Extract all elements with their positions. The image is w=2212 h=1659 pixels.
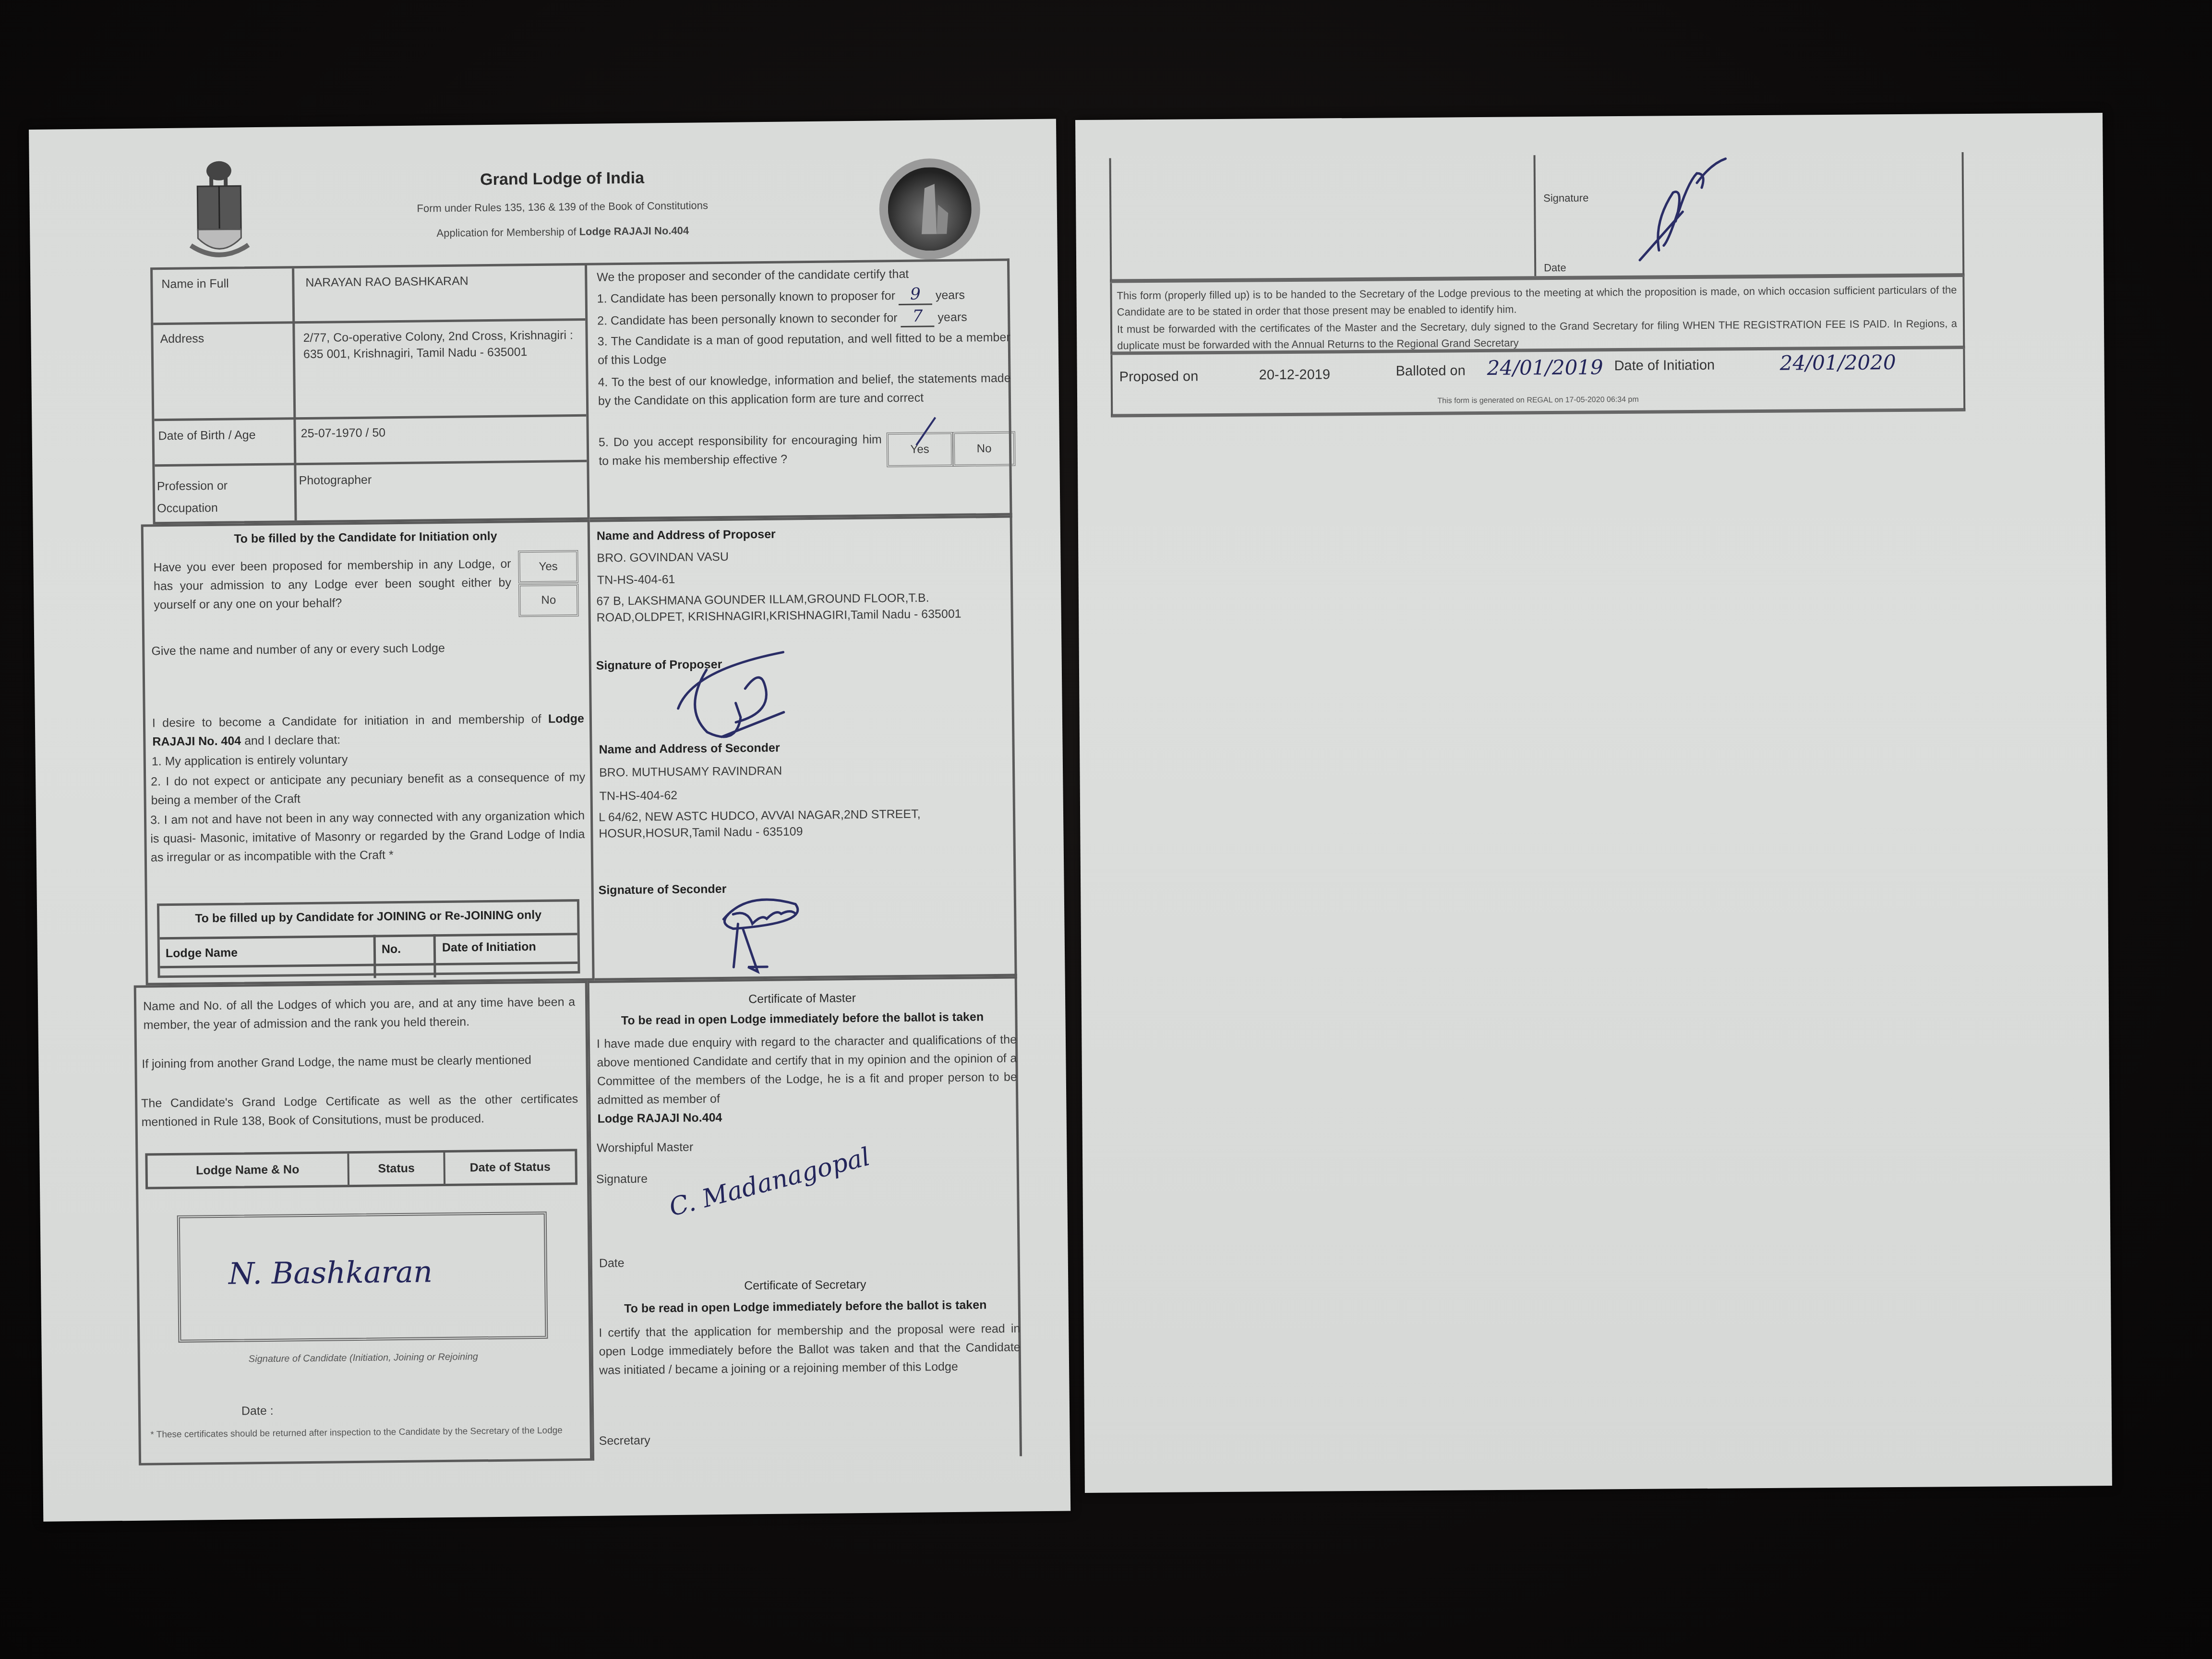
date-of-initiation-label: Date of Initiation: [1614, 358, 1715, 374]
proposer-name: BRO. GOVINDAN VASU: [597, 548, 729, 568]
candidate-signature-box[interactable]: N. Bashkaran: [177, 1212, 548, 1343]
seal-tower-icon: [888, 167, 972, 251]
certify-intro: We the proposer and seconder of the cand…: [597, 264, 1000, 287]
application-form-page-2: Signature Date This form (properly fille…: [1075, 113, 2112, 1493]
declaration-item-3: 3. I am not and have not been in any way…: [150, 806, 585, 867]
dob-label: Date of Birth / Age: [158, 428, 256, 443]
give-lodge-name-prompt: Give the name and number of any or every…: [151, 637, 574, 661]
declaration-suffix: and I declare that:: [241, 733, 340, 747]
occupation-label: Profession or Occupation: [157, 474, 277, 520]
worshipful-master-label: Worshipful Master: [597, 1138, 693, 1158]
prior-proposal-yes-checkbox[interactable]: Yes: [518, 550, 578, 583]
certify-item-2: 2. Candidate has been personally known t…: [597, 306, 1010, 331]
certify-item-1: 1. Candidate has been personally known t…: [597, 284, 1010, 309]
proposer-certification-block: We the proposer and seconder of the cand…: [587, 259, 1012, 520]
master-cert-title: Certificate of Master: [589, 987, 1015, 1010]
master-cert-body: I have made due enquiry with regard to t…: [597, 1031, 1018, 1110]
dob-value: 25-07-1970 / 50: [301, 426, 386, 441]
lodges-history-instructions: Name and No. of all the Lodges of which …: [143, 993, 576, 1034]
responsibility-no-checkbox[interactable]: No: [953, 432, 1016, 467]
top-signature-box: Signature Date: [1109, 152, 1965, 283]
instructions-handing: This form (properly filled up) is to be …: [1117, 282, 1957, 320]
right-date-label: Date: [1544, 258, 1566, 277]
joining-col-no: No.: [382, 940, 401, 959]
secretary-signature[interactable]: [1630, 154, 1746, 270]
seconder-signature-label: Signature of Seconder: [598, 880, 726, 900]
col-date-of-status: Date of Status: [445, 1151, 575, 1184]
col-lodge-name-no: Lodge Name & No: [147, 1154, 349, 1187]
master-cert-lodge: Lodge RAJAJI No.404: [597, 1108, 722, 1129]
application-form-page-1: Grand Lodge of India Form under Rules 13…: [29, 119, 1070, 1522]
secretary-cert-body: I certify that the application for membe…: [599, 1320, 1021, 1380]
right-signature-label: Signature: [1543, 189, 1588, 208]
regional-grand-lodge-seal-icon: [879, 158, 981, 260]
form-rules-subtitle: Form under Rules 135, 136 & 139 of the B…: [299, 198, 827, 216]
lodges-history-block: Name and No. of all the Lodges of which …: [134, 981, 592, 1466]
seconder-address: L 64/62, NEW ASTC HUDCO, AVVAI NAGAR,2ND…: [599, 805, 993, 842]
joining-table: To be filled up by Candidate for JOINING…: [157, 899, 580, 978]
secretary-label: Secretary: [599, 1431, 650, 1451]
certify-item-1-text: 1. Candidate has been personally known t…: [597, 289, 895, 306]
application-prefix: Application for Membership of: [436, 226, 579, 239]
years-label: years: [938, 311, 967, 325]
col-status: Status: [349, 1153, 445, 1185]
declaration-intro-text: I desire to become a Candidate for initi…: [152, 712, 541, 730]
name-label: Name in Full: [161, 277, 229, 291]
secretary-cert-subtitle: To be read in open Lodge immediately bef…: [593, 1296, 1018, 1319]
seconder-years-field[interactable]: 7: [901, 307, 934, 327]
proposer-signature[interactable]: [663, 649, 808, 747]
certify-item-3: 3. The Candidate is a man of good reputa…: [597, 328, 1010, 370]
candidate-signature-caption: Signature of Candidate (Initiation, Join…: [179, 1351, 548, 1366]
master-signature[interactable]: C. Madanagopal: [666, 1142, 873, 1222]
ballot-dates-box: Proposed on 20-12-2019 Balloted on 24/01…: [1110, 349, 1965, 417]
declaration-item-2: 2. I do not expect or anticipate any pec…: [151, 768, 586, 810]
generated-note: This form is generated on REGAL on 17-05…: [1113, 393, 1963, 408]
proposer-seconder-block: Name and Address of Proposer BRO. GOVIND…: [590, 516, 1017, 981]
certify-item-2-text: 2. Candidate has been personally known t…: [597, 311, 898, 328]
proposed-on-label: Proposed on: [1119, 369, 1199, 385]
proposed-on-value: 20-12-2019: [1259, 367, 1331, 383]
form-title: Grand Lodge of India: [298, 167, 826, 192]
certificates-required-note: The Candidate's Grand Lodge Certificate …: [141, 1090, 578, 1132]
secretary-cert-title: Certificate of Secretary: [592, 1274, 1018, 1297]
grand-lodge-crest-icon: [188, 156, 251, 262]
proposer-years-field[interactable]: 9: [899, 285, 932, 305]
initiation-question: Have you ever been proposed for membersh…: [153, 555, 511, 615]
instructions-forwarding: It must be forwarded with the certificat…: [1117, 315, 1957, 354]
name-value: NARAYAN RAO BASHKARAN: [305, 274, 469, 290]
initiation-heading: To be filled by the Candidate for Initia…: [144, 526, 588, 550]
other-grand-lodge-note: If joining from another Grand Lodge, the…: [142, 1050, 576, 1073]
candidate-date-label: Date :: [241, 1402, 274, 1421]
certificates-return-footnote: * These certificates should be returned …: [150, 1422, 563, 1443]
master-date-label: Date: [599, 1254, 625, 1273]
proposer-id: TN-HS-404-61: [597, 570, 675, 590]
declaration-item-1: 1. My application is entirely voluntary: [152, 748, 584, 771]
prior-proposal-no-checkbox[interactable]: No: [518, 584, 579, 617]
seconder-id: TN-HS-404-62: [599, 786, 677, 806]
form-application-line: Application for Membership of Lodge RAJA…: [299, 223, 827, 241]
seconder-name: BRO. MUTHUSAMY RAVINDRAN: [599, 762, 782, 782]
address-label: Address: [160, 332, 204, 346]
joining-col-lodge-name: Lodge Name: [166, 944, 238, 963]
date-of-initiation-value[interactable]: 24/01/2020: [1779, 350, 1896, 375]
candidate-signature: N. Bashkaran: [228, 1254, 433, 1291]
proposer-address: 67 B, LAKSHMANA GOUNDER ILLAM,GROUND FLO…: [596, 589, 990, 626]
lodges-status-table: Lodge Name & No Status Date of Status: [145, 1149, 577, 1189]
application-lodge: Lodge RAJAJI No.404: [579, 225, 689, 238]
declaration-intro: I desire to become a Candidate for initi…: [152, 709, 585, 751]
joining-table-heading: To be filled up by Candidate for JOINING…: [159, 905, 577, 928]
balloted-on-value[interactable]: 24/01/2019: [1487, 355, 1603, 380]
candidate-details-table: Name in Full NARAYAN RAO BASHKARAN Addre…: [150, 263, 590, 524]
instructions-box: This form (properly filled up) is to be …: [1110, 277, 1965, 355]
proposer-heading: Name and Address of Proposer: [597, 525, 776, 546]
certify-item-5: 5. Do you accept responsibility for enco…: [599, 430, 882, 470]
certify-item-4: 4. To the best of our knowledge, informa…: [598, 369, 1011, 411]
occupation-value: Photographer: [299, 473, 372, 488]
master-cert-subtitle: To be read in open Lodge immediately bef…: [589, 1008, 1015, 1031]
seconder-signature[interactable]: [719, 894, 844, 977]
balloted-on-label: Balloted on: [1396, 363, 1466, 379]
seconder-heading: Name and Address of Seconder: [599, 739, 780, 759]
master-signature-label: Signature: [596, 1170, 648, 1189]
address-value: 2/77, Co-operative Colony, 2nd Cross, Kr…: [303, 327, 577, 362]
certificates-block: Certificate of Master To be read in open…: [588, 976, 1022, 1461]
initiation-block: To be filled by the Candidate for Initia…: [141, 520, 595, 986]
joining-col-date-of-initiation: Date of Initiation: [442, 938, 536, 957]
years-label: years: [936, 289, 965, 302]
